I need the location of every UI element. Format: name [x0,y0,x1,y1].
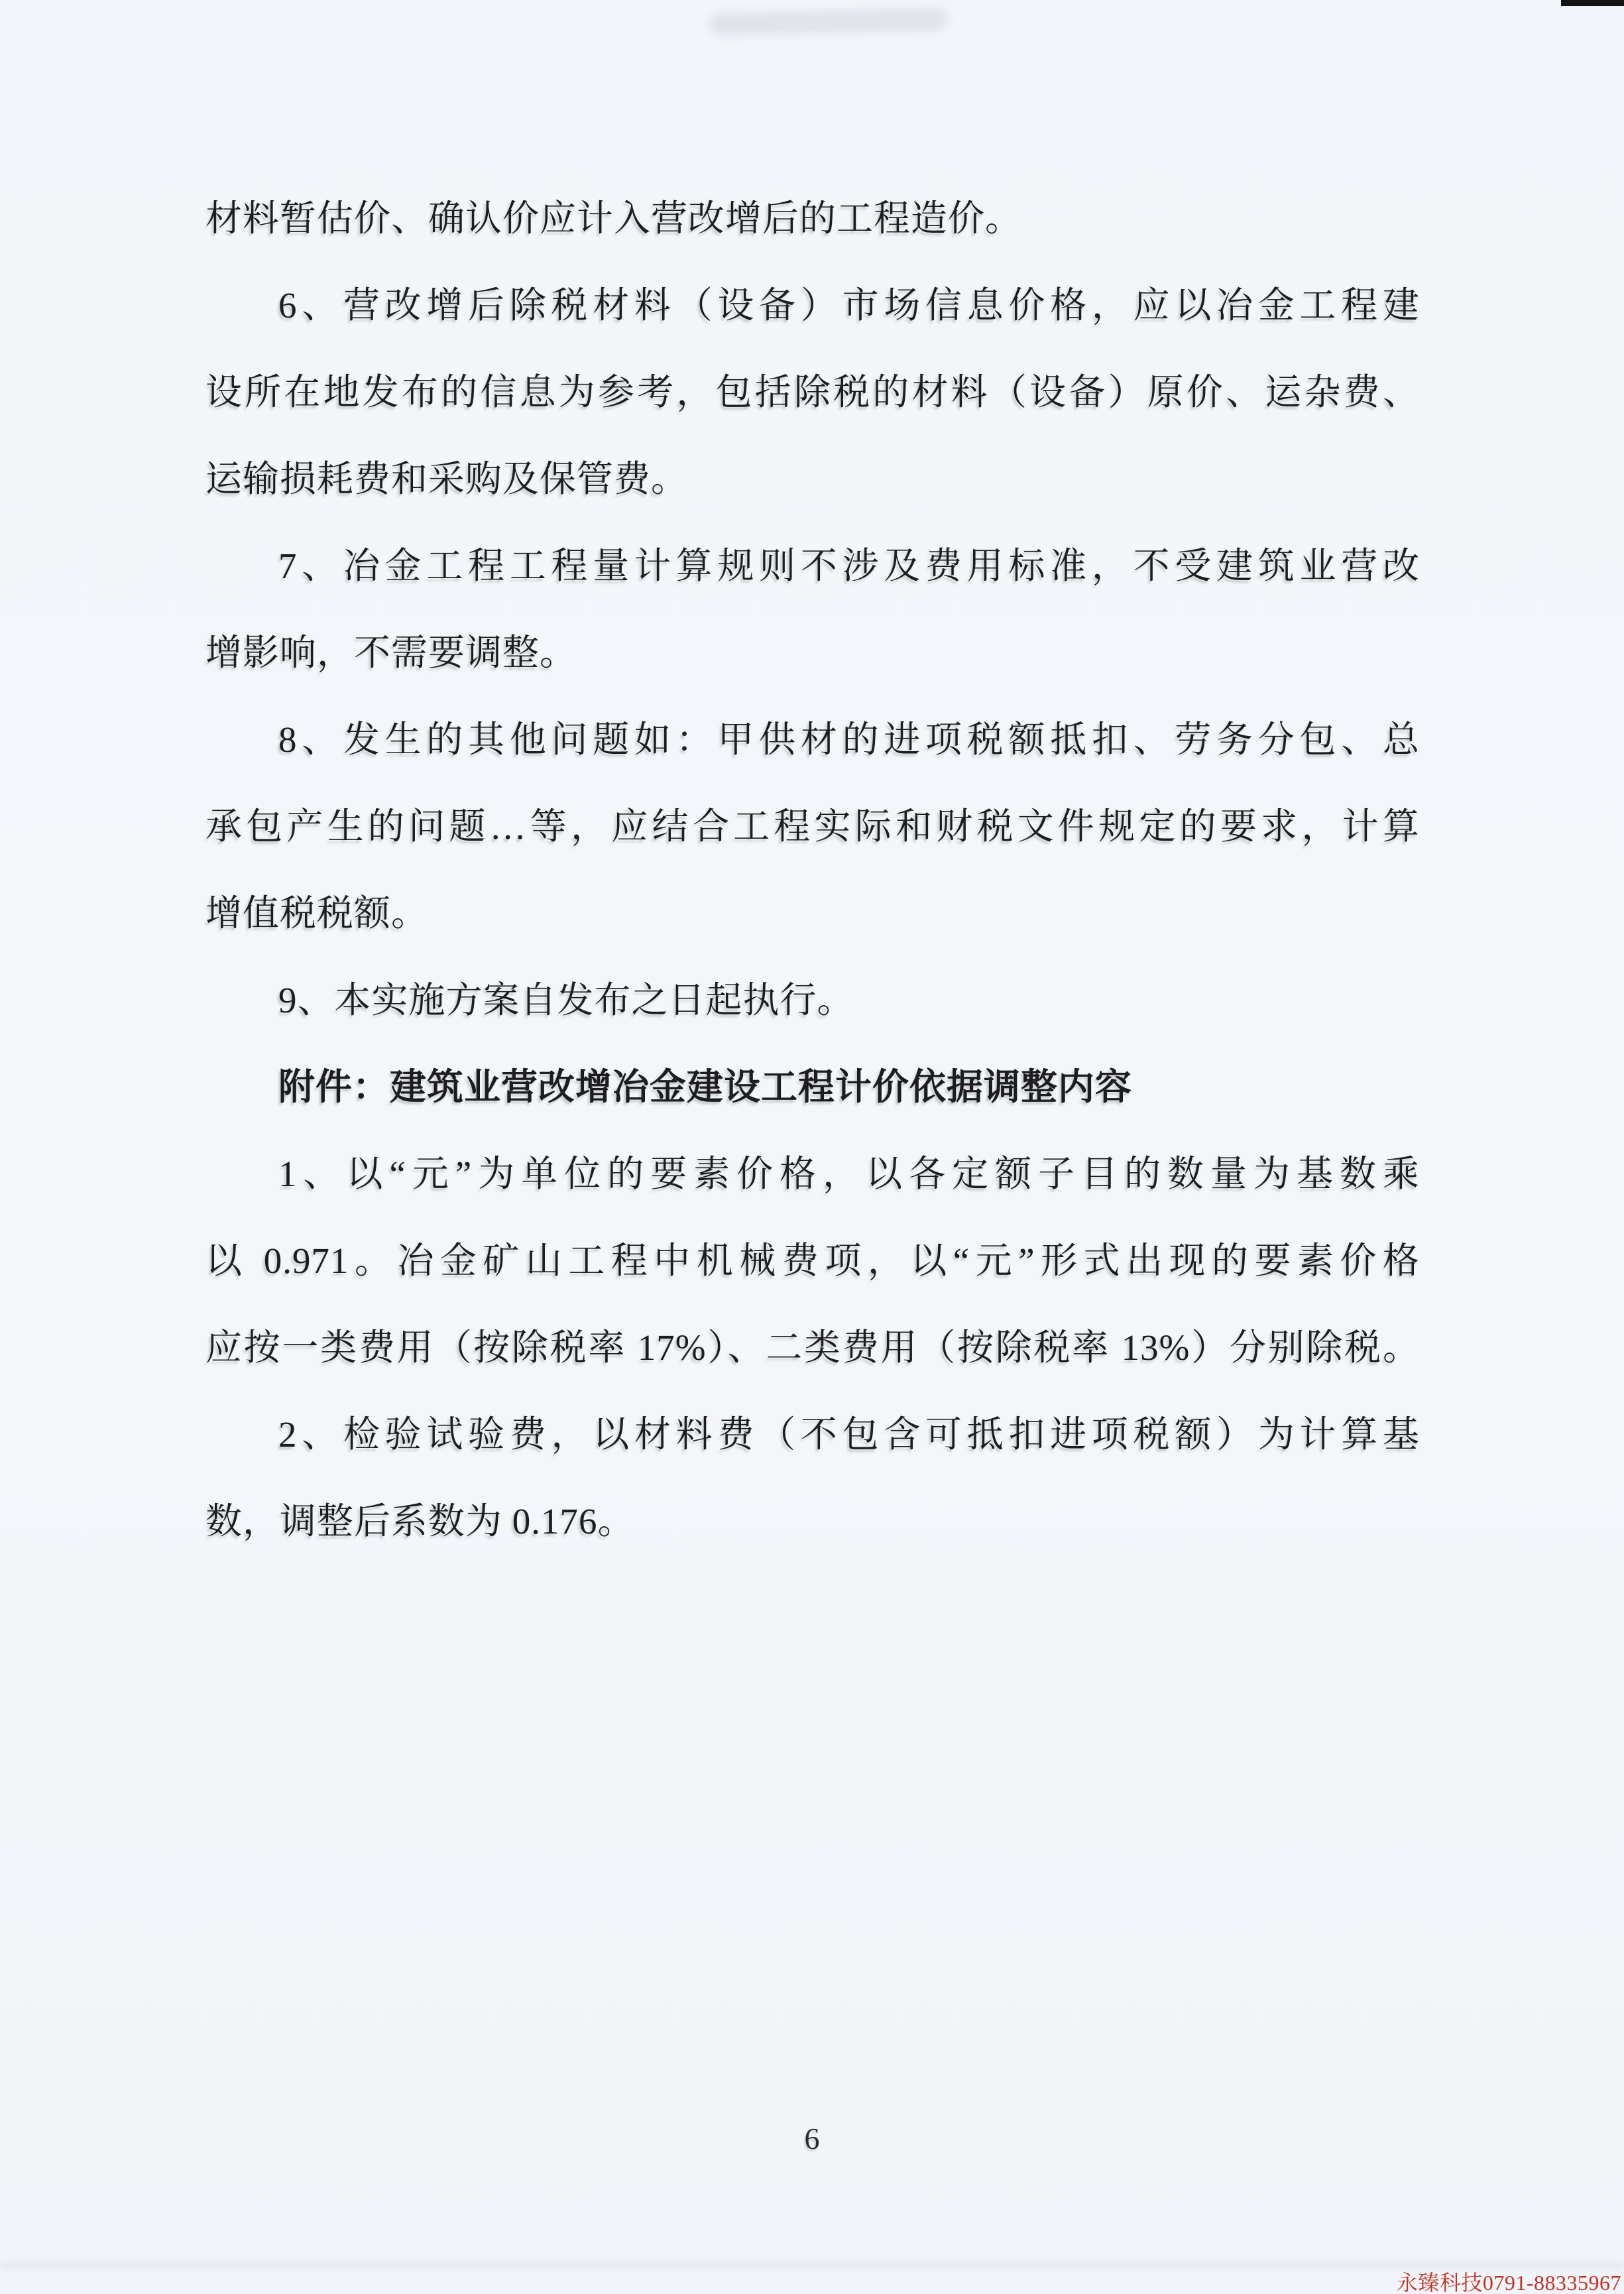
text-line: 2、检验试验费，以材料费（不包含可抵扣进项税额）为计算基 [205,1391,1420,1478]
text-line: 数，调整后系数为 0.176。 [205,1478,1420,1565]
scan-artifact-bottom-shade [0,2262,1624,2269]
text-line: 设所在地发布的信息为参考，包括除税的材料（设备）原价、运杂费、 [205,349,1420,436]
attachment-heading: 附件：建筑业营改增冶金建设工程计价依据调整内容 [205,1044,1420,1130]
text-line: 8、发生的其他问题如：甲供材的进项税额抵扣、劳务分包、总 [205,696,1420,783]
scan-artifact-top-bar [1561,0,1624,6]
text-line: 增影响，不需要调整。 [205,609,1420,696]
text-line: 增值税税额。 [205,870,1420,957]
text-line: 6、营改增后除税材料（设备）市场信息价格，应以冶金工程建 [205,262,1420,349]
scanned-document-page: 材料暂估价、确认价应计入营改增后的工程造价。 6、营改增后除税材料（设备）市场信… [0,0,1624,2294]
document-body: 材料暂估价、确认价应计入营改增后的工程造价。 6、营改增后除税材料（设备）市场信… [205,175,1420,1565]
watermark-text: 永臻科技0791-88335967 [1397,2272,1621,2294]
text-line: 1、以“元”为单位的要素价格，以各定额子目的数量为基数乘 [205,1130,1420,1217]
text-line: 9、本实施方案自发布之日起执行。 [205,957,1420,1044]
text-line: 运输损耗费和采购及保管费。 [205,436,1420,522]
text-line: 应按一类费用（按除税率 17%）、二类费用（按除税率 13%）分别除税。 [205,1304,1420,1391]
text-line: 材料暂估价、确认价应计入营改增后的工程造价。 [205,175,1420,262]
text-line: 7、冶金工程工程量计算规则不涉及费用标准，不受建筑业营改 [205,522,1420,609]
page-number: 6 [0,2119,1624,2159]
scan-artifact-smudge [709,8,949,36]
text-line: 承包产生的问题…等，应结合工程实际和财税文件规定的要求，计算 [205,783,1420,870]
text-line: 以 0.971。冶金矿山工程中机械费项，以“元”形式出现的要素价格 [205,1217,1420,1304]
